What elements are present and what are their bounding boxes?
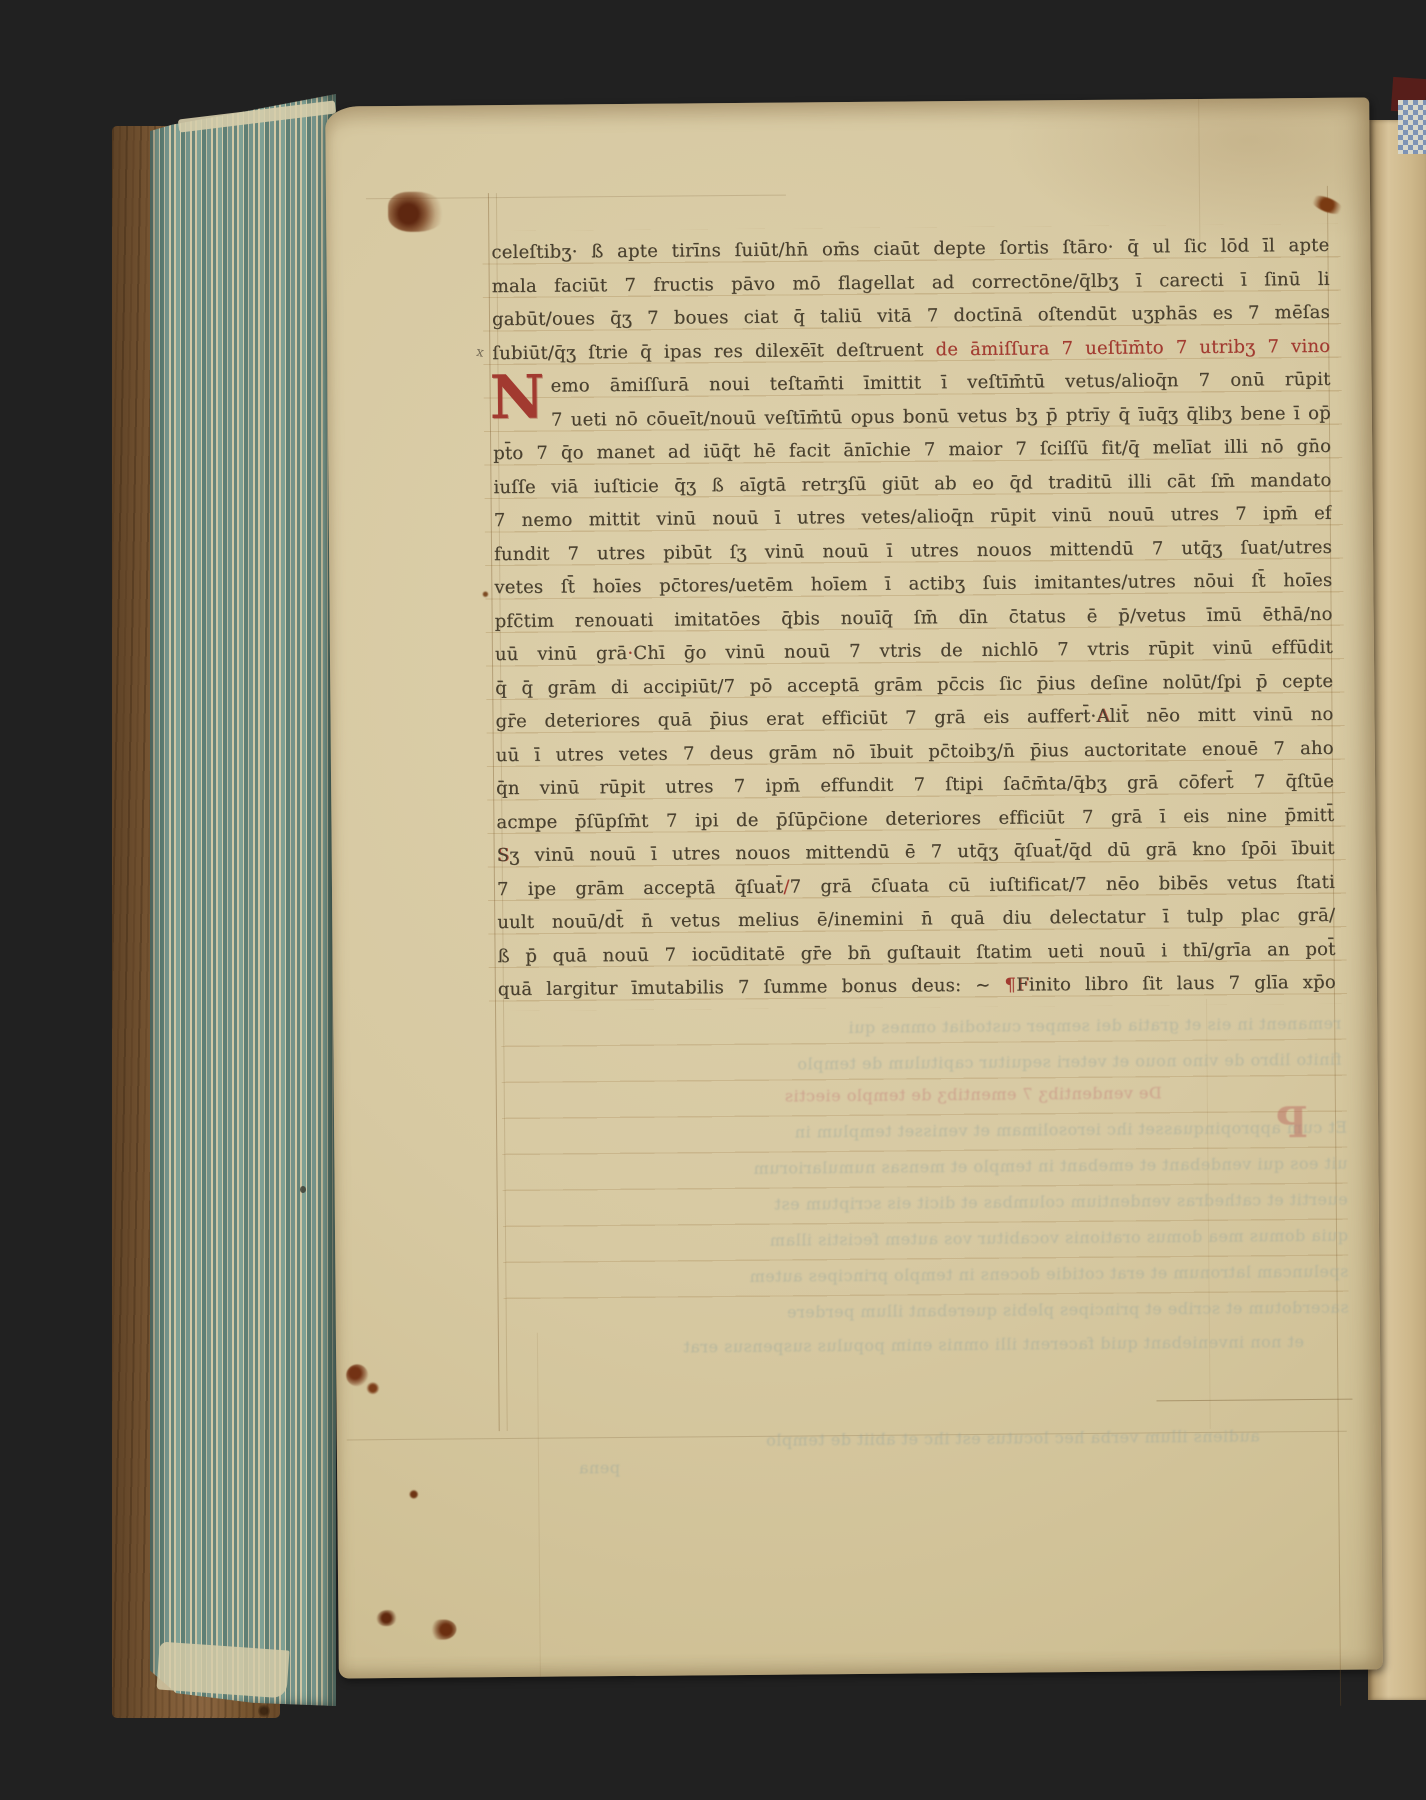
- body-text: mala faciūt 7 fructis pāvo mō flagellat …: [492, 268, 1330, 296]
- showthrough-line: pena: [550, 1458, 620, 1478]
- body-text: uū ī utres vetes 7 deus grām nō ībuit pc…: [496, 737, 1334, 765]
- body-text: Chī ḡo vinū nouū 7 vtris de nichlō 7 vtr…: [633, 637, 1333, 664]
- body-text: 7 grā c̄ſuata cū iuſtificat/7 nēo bibēs …: [790, 871, 1335, 897]
- body-text: fundit 7 utres pibūt ſʒ vinū nouū ī utre…: [494, 536, 1332, 564]
- body-text: uult nouū/dt̄ n̄ vetus melius ē/inemini …: [497, 905, 1335, 933]
- body-text: acmpe p̄ſūpſm̄t 7 ipi de p̄ſūpc̄ione det…: [496, 804, 1334, 832]
- body-text: ſubiūt/q̄ʒ ſtrie q̄ ipas res dilexēīt de…: [492, 339, 935, 364]
- body-text: 7 ueti nō cōueīt/nouū veſtīm̄tū opus bon…: [551, 402, 1331, 430]
- body-text: A: [1096, 706, 1109, 727]
- stain: [300, 1186, 306, 1193]
- showthrough-red-initial: P: [1274, 1100, 1308, 1148]
- rust-stain: [376, 1610, 396, 1626]
- wood-knot: [258, 1704, 270, 1718]
- vertical-crease: [1198, 99, 1200, 251]
- rubric-text: de āmiſſura 7 ueſtīm̄to 7 utribʒ 7 vino: [935, 335, 1330, 359]
- rust-stain: [482, 591, 488, 597]
- body-text: quā largitur īmutabilis 7 ſumme bonus de…: [498, 975, 1005, 1000]
- rust-stain: [346, 1364, 368, 1386]
- photographed-manuscript-scene: x N celeſtibʒ· ß apte tirīns ſuiūt/hn̄ o…: [0, 0, 1426, 1800]
- body-text: ß p̄ quā nouū 7 iocūditatē gr̄e bn̄ guſt…: [497, 938, 1335, 966]
- rust-stain: [366, 1382, 379, 1394]
- rust-stain: [430, 1619, 456, 1639]
- body-text: iuſſe viā iuſticie q̄ʒ ß aīgtā retrʒſū g…: [493, 469, 1331, 497]
- body-text: vetes ſt̄ hoīes pc̄tores/uetēm hoīem ī a…: [494, 570, 1332, 598]
- text-line: quā largitur īmutabilis 7 ſumme bonus de…: [498, 966, 1336, 1007]
- body-text: q̄n vinū rūpit utres 7 ipm̄ effundit 7 ſ…: [496, 771, 1334, 799]
- body-text: S: [497, 845, 510, 866]
- body-text: F: [1016, 974, 1029, 995]
- body-text: lit̄ nēo mitt vinū no: [1110, 704, 1334, 727]
- manuscript-page: x N celeſtibʒ· ß apte tirīns ſuiūt/hn̄ o…: [325, 97, 1383, 1678]
- text-block: celeſtibʒ· ß apte tirīns ſuiūt/hn̄ om̄s …: [491, 229, 1336, 1007]
- body-text: celeſtibʒ· ß apte tirīns ſuiūt/hn̄ om̄s …: [491, 235, 1329, 263]
- body-text: pfc̄tim renouati imitatōes q̄bis nouīq̄ …: [495, 603, 1333, 631]
- horizontal-ruling: [347, 1431, 1347, 1441]
- rust-stain: [409, 1490, 418, 1499]
- body-text: ʒ vinū nouū ī utres nouos mittendū ē 7 u…: [509, 838, 1335, 866]
- body-text: emo āmiſſurā noui teſtam̄ti īmittit ī ve…: [551, 369, 1331, 397]
- body-text: gabūt/oues q̄ʒ 7 boues ciat q̄ taliū vit…: [492, 302, 1330, 330]
- showthrough-line: et non inveniebant quid facerent illi om…: [504, 1332, 1304, 1358]
- body-text: gr̄e deteriores quā p̄ius erat efficiūt …: [495, 706, 1096, 732]
- body-text: pt̄o 7 q̄o manet ad iūq̄t hē facit ānīch…: [493, 436, 1331, 464]
- vertical-crease: [537, 1333, 541, 1677]
- page-stack-bottom-edge: [156, 1642, 289, 1699]
- showthrough-line: audiens illum verba hec locutus est ihc …: [705, 1426, 1260, 1450]
- body-text: 7 ipe grām acceptā q̄ſuat̄: [497, 876, 784, 899]
- horizontal-ruling: [1156, 1399, 1352, 1402]
- rubric-text: ¶: [1004, 975, 1016, 996]
- checkered-endband: [1398, 100, 1426, 154]
- body-text: uū vinū grā: [495, 643, 628, 665]
- body-text: q̄ q̄ grām di accipiūt/7 pō acceptā grām…: [495, 670, 1333, 698]
- body-text: inito libro ſit laus 7 glīa xp̄o: [1029, 972, 1336, 996]
- body-text: 7 nemo mittit vinū nouū ī utres vetes/al…: [494, 503, 1332, 531]
- fore-edge-page-stack: [150, 94, 336, 1706]
- rust-stain: [388, 192, 446, 233]
- ruling-lines-lower-area: [501, 1004, 1349, 1325]
